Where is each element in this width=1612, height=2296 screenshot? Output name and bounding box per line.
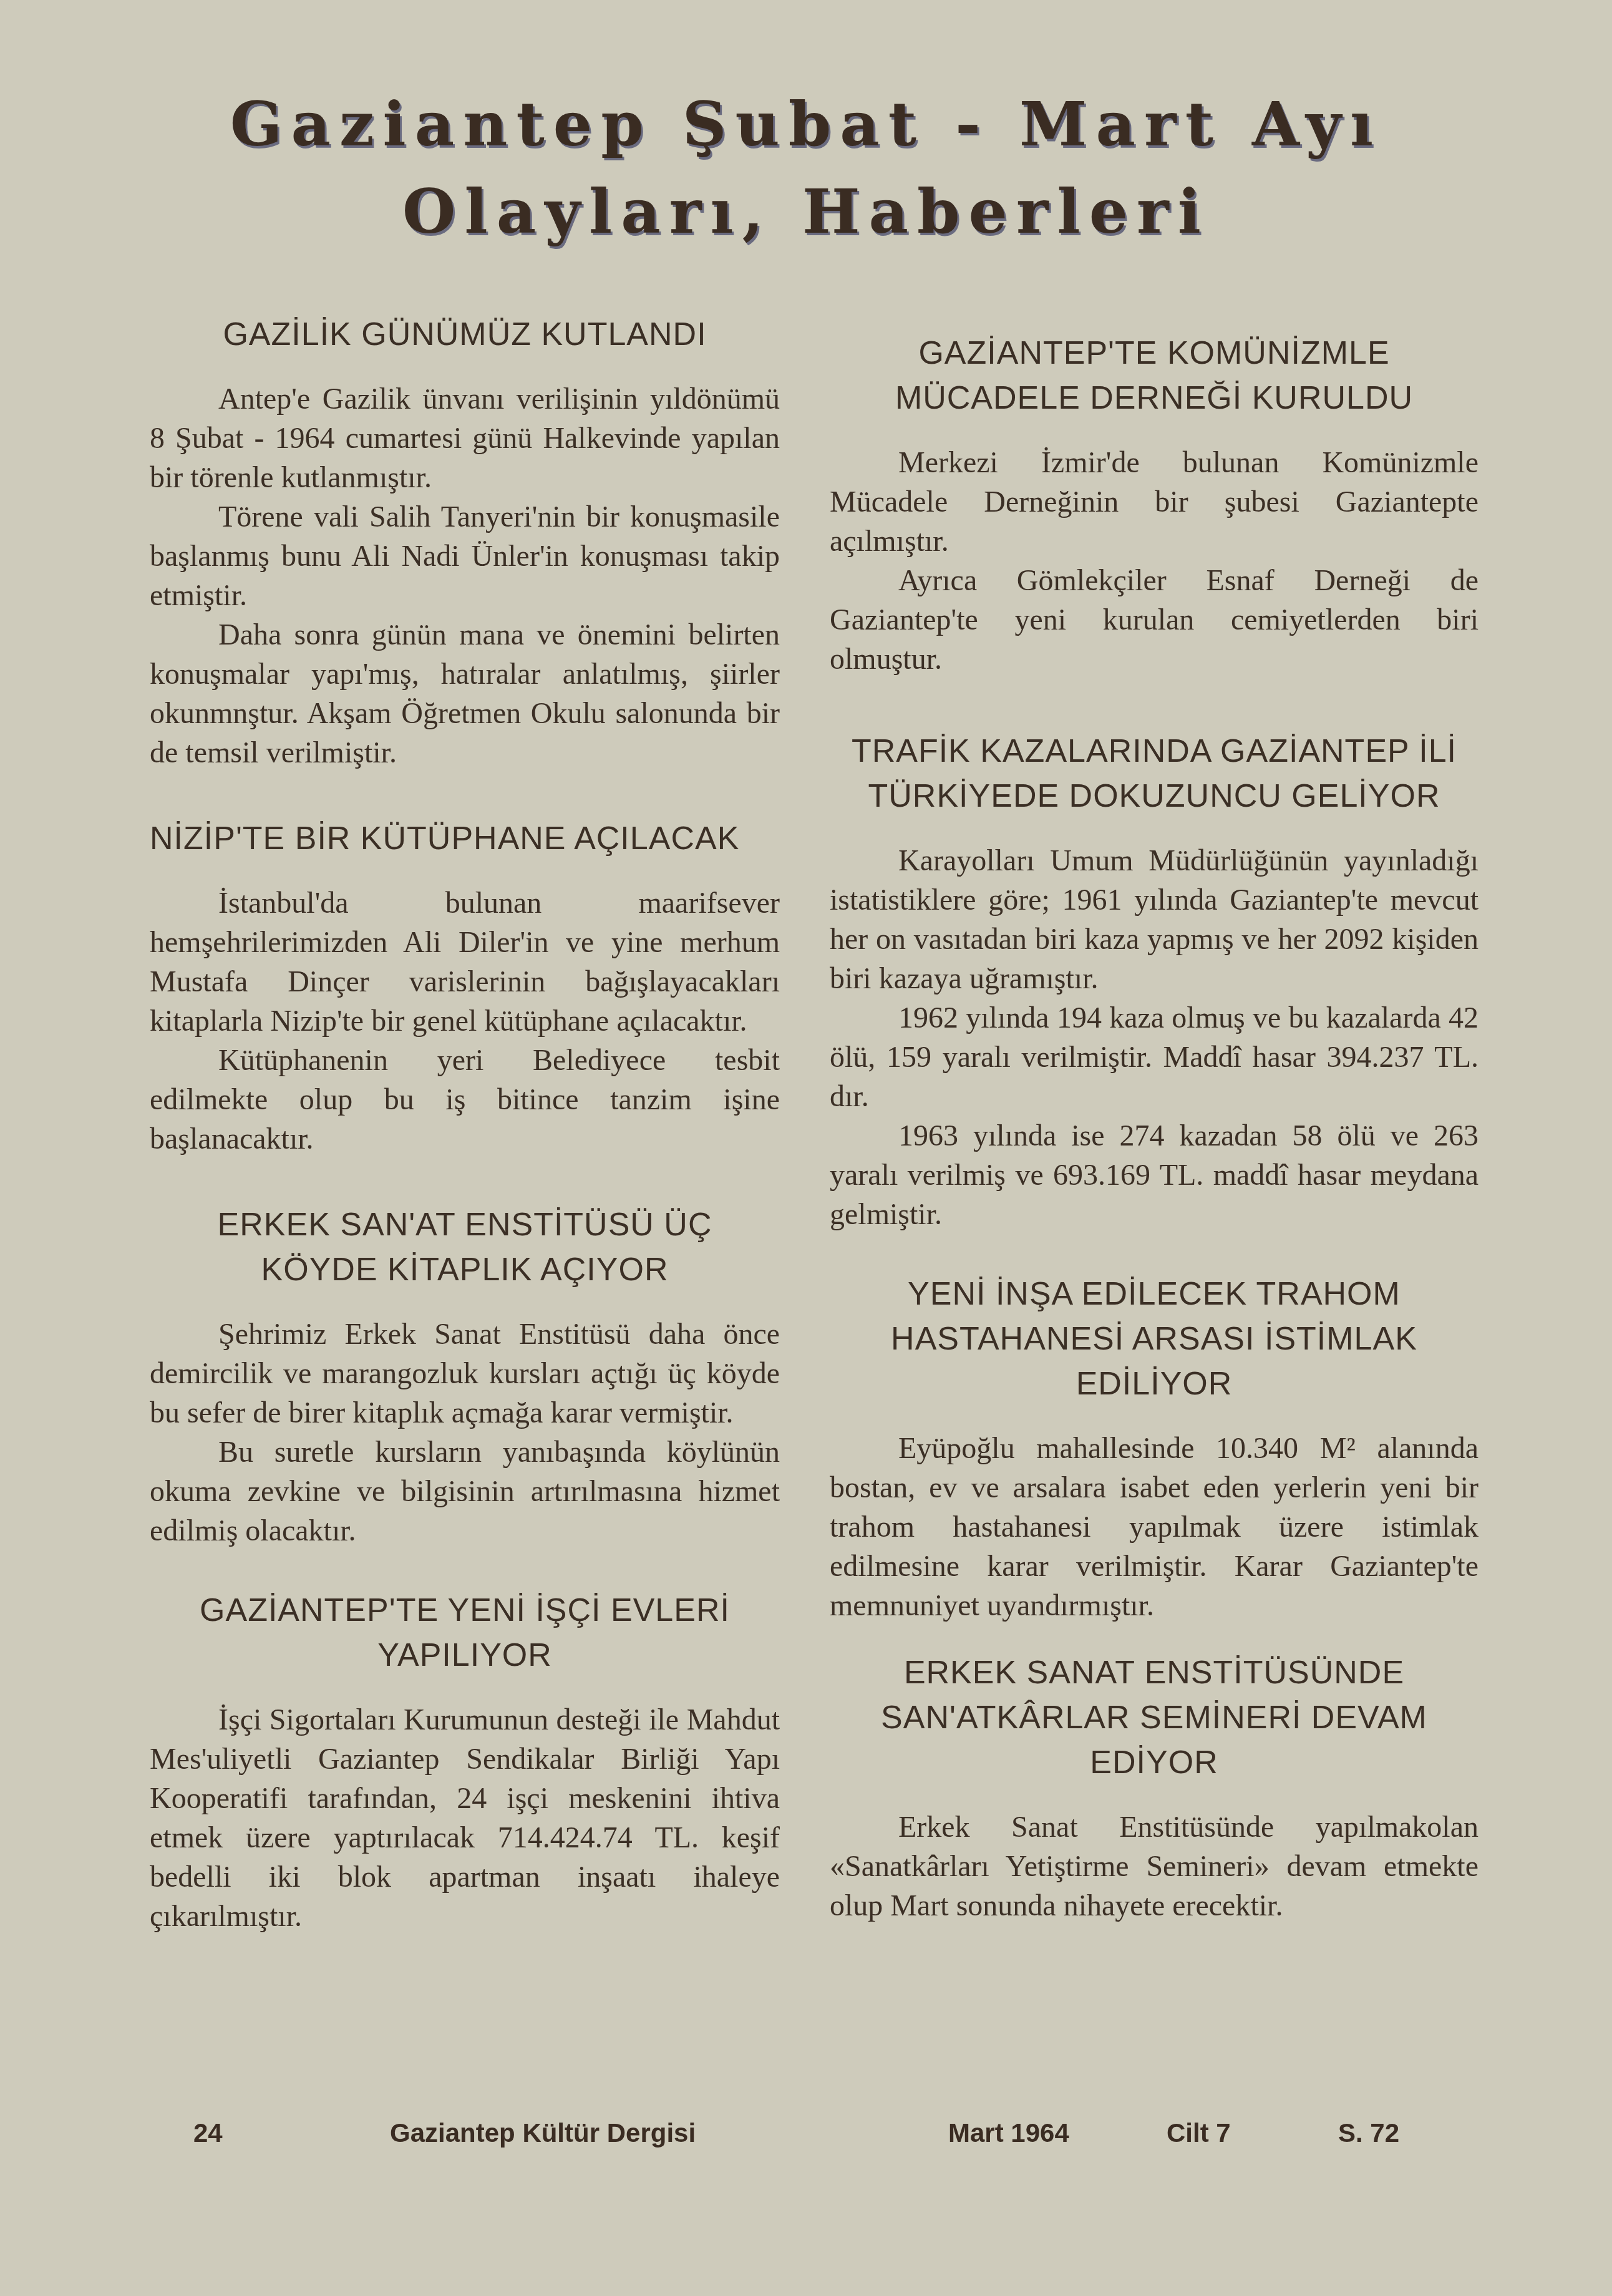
article-paragraph: Karayolları Umum Müdürlüğünün yayınladığ…: [830, 841, 1478, 998]
article-trafik-kazalari: TRAFİK KAZALARINDA GAZİANTEP İLİ TÜRKİYE…: [830, 729, 1478, 1234]
article-trahom-hastahanesi: YENİ İNŞA EDİLECEK TRAHOM HASTAHANESİ AR…: [830, 1272, 1478, 1625]
volume-number: Cilt 7: [1167, 2118, 1231, 2148]
article-headline: ERKEK SAN'AT ENSTİTÜSÜ ÜÇ KÖYDE KİTAPLIK…: [150, 1202, 780, 1292]
page-title-line-2: Olayları, Haberleri: [0, 168, 1612, 256]
page-number: 24: [193, 2118, 223, 2148]
article-paragraph: Ayrıca Gömlekçiler Esnaf Derneği de Gazi…: [830, 561, 1478, 679]
issue-number: S. 72: [1338, 2118, 1399, 2148]
article-headline: TRAFİK KAZALARINDA GAZİANTEP İLİ TÜRKİYE…: [830, 729, 1478, 819]
right-column: GAZİANTEP'TE KOMÜNİZMLE MÜCADELE DERNEĞİ…: [830, 312, 1478, 1925]
article-headline: ERKEK SANAT ENSTİTÜSÜNDE SAN'ATKÂRLAR SE…: [830, 1650, 1478, 1785]
article-paragraph: Antep'e Gazilik ünvanı verilişinin yıldö…: [150, 379, 780, 497]
article-paragraph: 1962 yılında 194 kaza olmuş ve bu kazala…: [830, 998, 1478, 1116]
article-paragraph: Merkezi İzmir'de bulunan Komünizmle Müca…: [830, 443, 1478, 561]
article-paragraph: Eyüpoğlu mahallesinde 10.340 M² alanında…: [830, 1429, 1478, 1625]
article-headline: GAZİANTEP'TE KOMÜNİZMLE MÜCADELE DERNEĞİ…: [830, 331, 1478, 421]
article-paragraph: İşçi Sigortaları Kurumunun desteği ile M…: [150, 1700, 780, 1936]
article-sanatkarlar-semineri: ERKEK SANAT ENSTİTÜSÜNDE SAN'ATKÂRLAR SE…: [830, 1650, 1478, 1925]
issue-date: Mart 1964: [948, 2118, 1069, 2148]
article-paragraph: Bu suretle kursların yanıbaşında köylünü…: [150, 1433, 780, 1550]
article-headline: GAZİANTEP'TE YENİ İŞÇİ EVLERİ YAPILIYOR: [150, 1588, 780, 1678]
article-headline: NİZİP'TE BİR KÜTÜPHANE AÇILACAK: [150, 816, 780, 861]
article-paragraph: 1963 yılında ise 274 kazadan 58 ölü ve 2…: [830, 1116, 1478, 1234]
article-komunizmle-mucadele: GAZİANTEP'TE KOMÜNİZMLE MÜCADELE DERNEĞİ…: [830, 331, 1478, 679]
article-headline: YENİ İNŞA EDİLECEK TRAHOM HASTAHANESİ AR…: [830, 1272, 1478, 1406]
page-title: Gaziantep Şubat - Mart Ayı Olayları, Hab…: [0, 81, 1612, 256]
article-paragraph: Kütüphanenin yeri Belediyece tesbit edil…: [150, 1041, 780, 1159]
article-isci-evleri: GAZİANTEP'TE YENİ İŞÇİ EVLERİ YAPILIYOR …: [150, 1588, 780, 1936]
magazine-name: Gaziantep Kültür Dergisi: [390, 2118, 696, 2148]
article-paragraph: İstanbul'da bulunan maarifsever hemşehri…: [150, 883, 780, 1041]
article-nizip-library: NİZİP'TE BİR KÜTÜPHANE AÇILACAK İstanbul…: [150, 816, 780, 1159]
article-erkek-sanat-kitaplik: ERKEK SAN'AT ENSTİTÜSÜ ÜÇ KÖYDE KİTAPLIK…: [150, 1202, 780, 1550]
page-footer: 24 Gaziantep Kültür Dergisi Mart 1964 Ci…: [187, 2118, 1497, 2162]
page-title-line-1: Gaziantep Şubat - Mart Ayı: [0, 81, 1612, 168]
article-paragraph: Törene vali Salih Tanyeri'nin bir konuşm…: [150, 497, 780, 615]
article-gazilik: GAZİLİK GÜNÜMÜZ KUTLANDI Antep'e Gazilik…: [150, 312, 780, 772]
article-paragraph: Şehrimiz Erkek Sanat Enstitüsü daha önce…: [150, 1315, 780, 1433]
article-paragraph: Erkek Sanat Enstitüsünde yapılmakolan «S…: [830, 1807, 1478, 1925]
article-headline: GAZİLİK GÜNÜMÜZ KUTLANDI: [150, 312, 780, 357]
article-paragraph: Daha sonra günün mana ve önemini belirte…: [150, 615, 780, 772]
left-column: GAZİLİK GÜNÜMÜZ KUTLANDI Antep'e Gazilik…: [150, 312, 780, 1936]
